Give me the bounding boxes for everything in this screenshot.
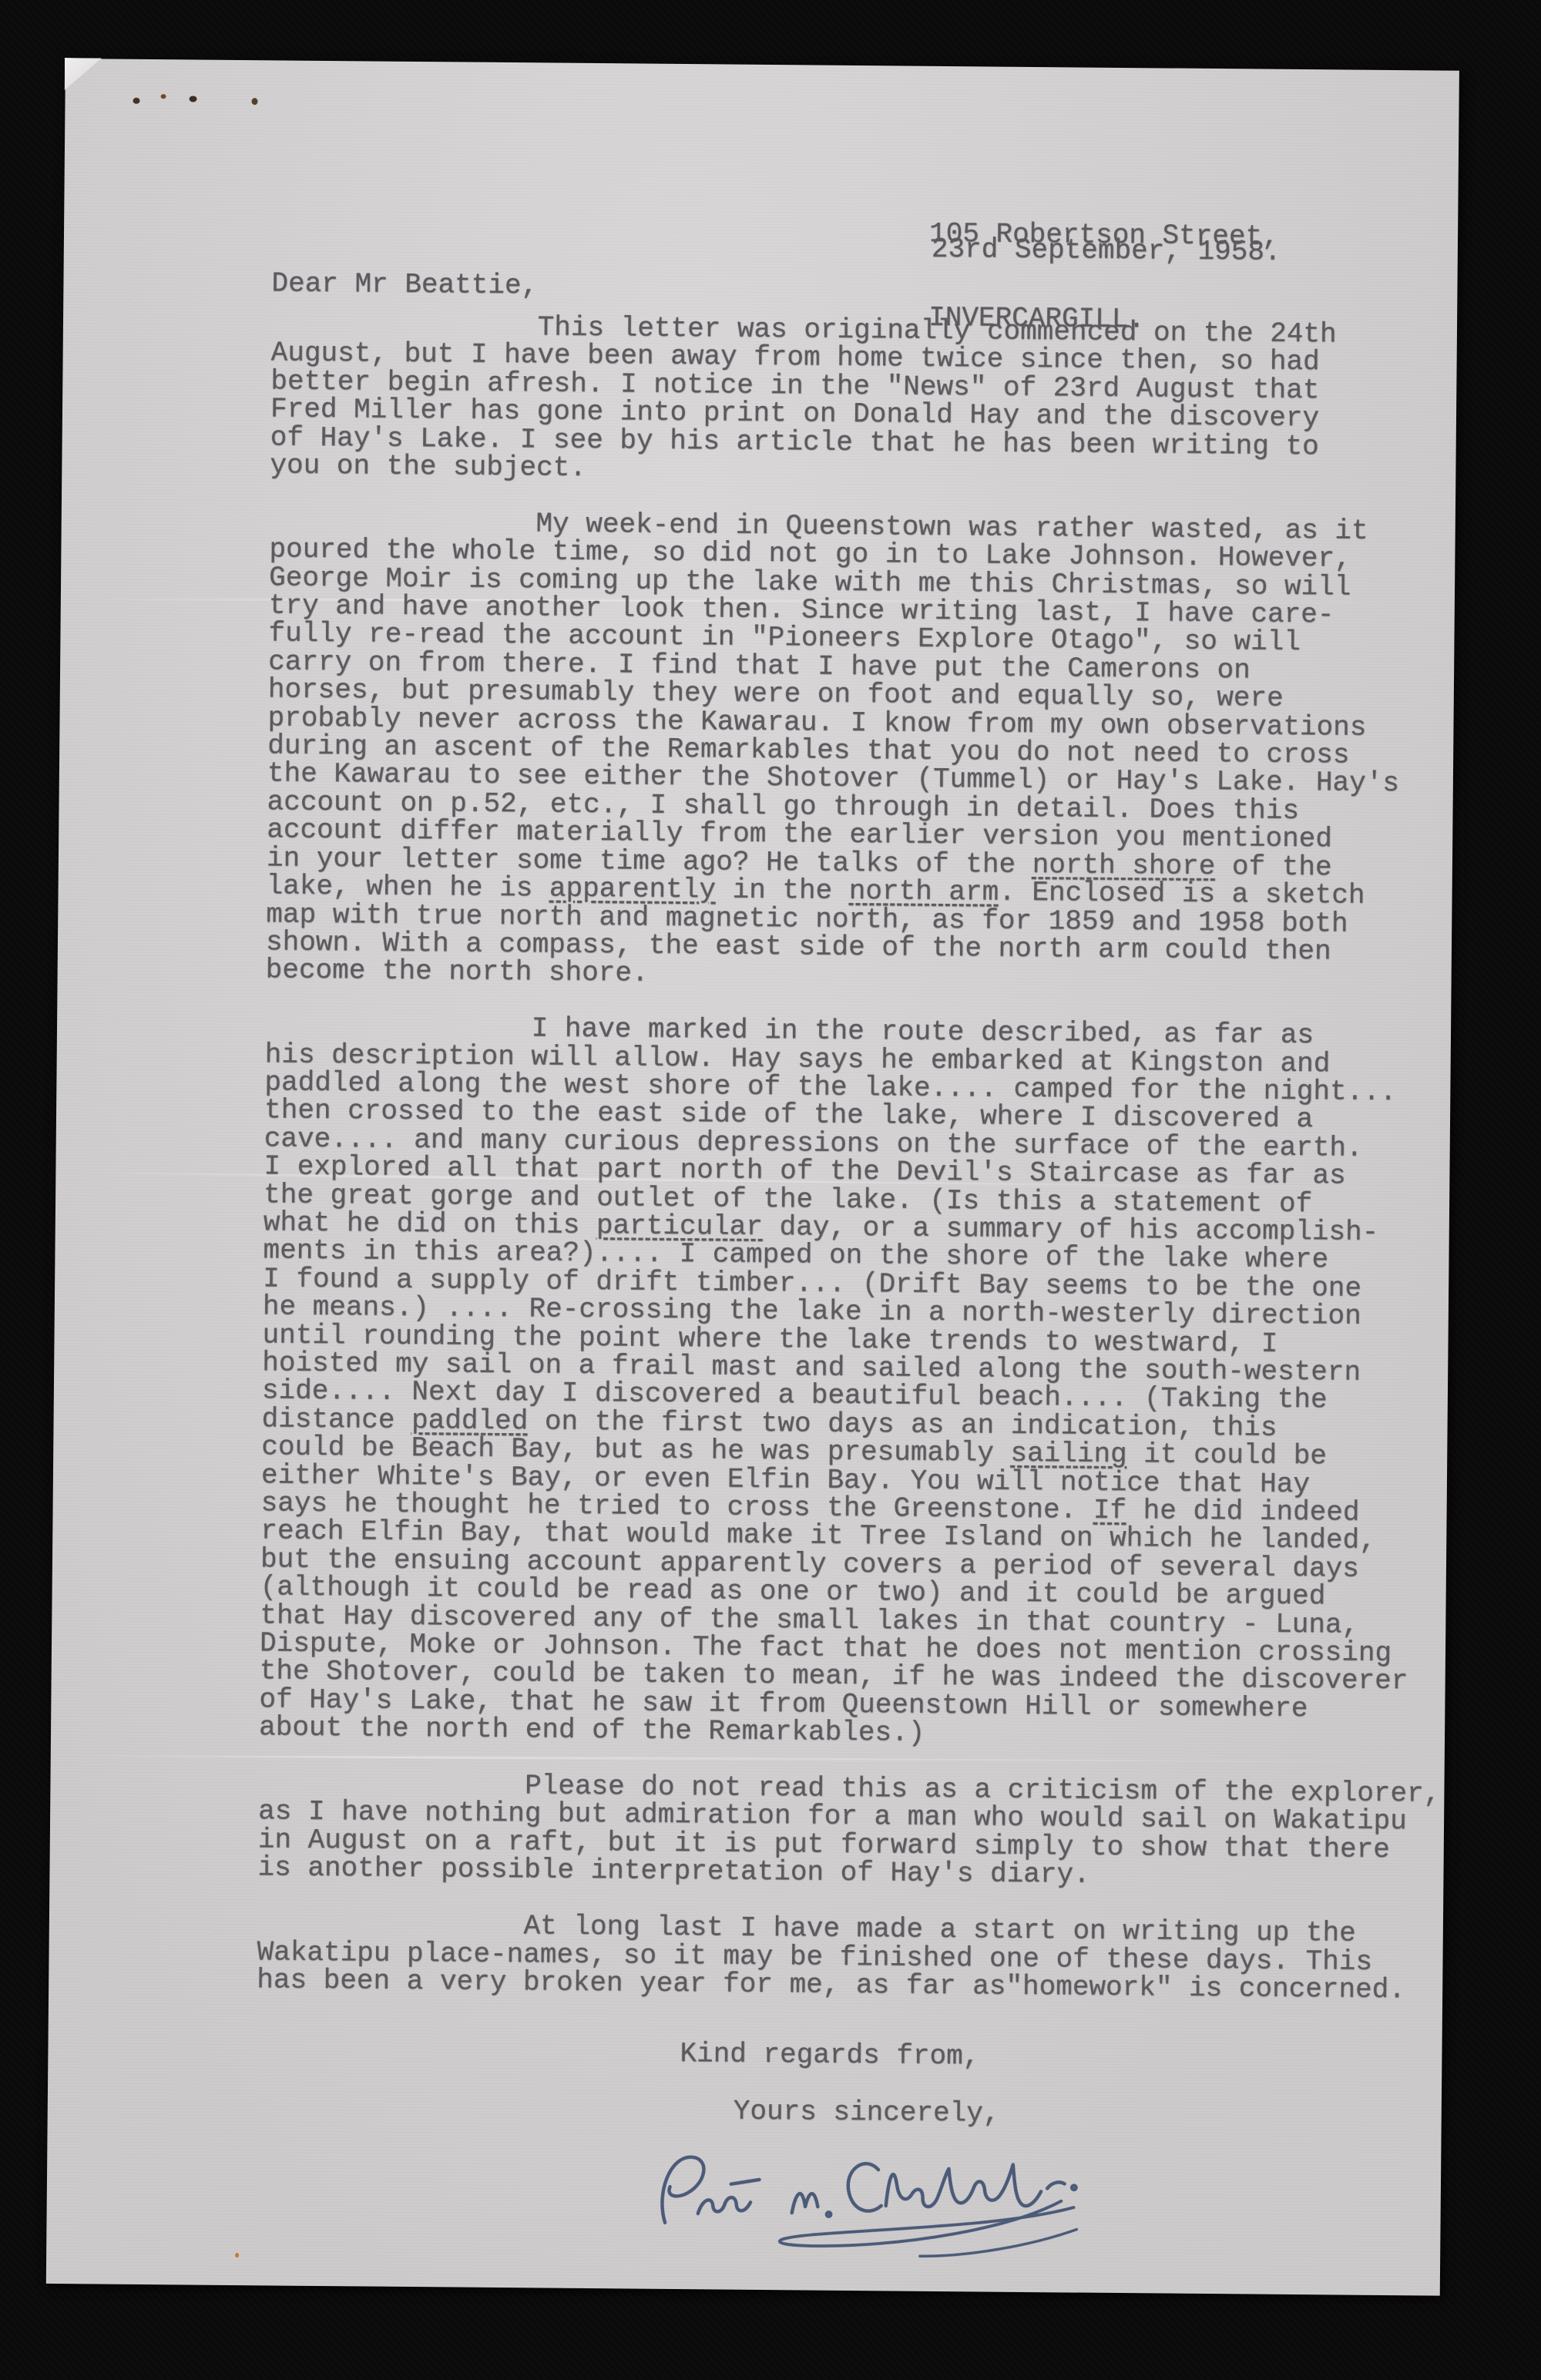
paragraph: My week-end in Queenstown was rather was… [266, 508, 1460, 995]
paper-speck [190, 96, 197, 102]
signature [638, 2135, 1133, 2277]
letter-page: 105 Robertson Street, INVERCARGILL. 23rd… [46, 59, 1459, 2296]
underlined-text: If [1093, 1495, 1127, 1526]
closing-sincerely: Yours sincerely, [734, 2098, 1000, 2128]
paragraph: Please do not read this as a criticism o… [257, 1770, 1449, 1892]
salutation: Dear Mr Beattie, [271, 270, 538, 300]
folded-corner [65, 58, 102, 90]
paper-speck [133, 98, 139, 104]
paragraph: I have marked in the route described, as… [259, 1012, 1455, 1752]
paper-speck [161, 94, 166, 99]
letter-body: This letter was originally commenced on … [257, 311, 1462, 2005]
paragraph: At long last I have made a start on writ… [257, 1910, 1448, 2005]
closing-regards: Kind regards from, [680, 2040, 979, 2071]
paper-speck [235, 2253, 239, 2257]
letter-date: 23rd September, 1958. [932, 236, 1281, 267]
underlined-text: sailing [1010, 1438, 1127, 1470]
scan-background: 105 Robertson Street, INVERCARGILL. 23rd… [0, 0, 1541, 2380]
paper-speck [251, 98, 257, 105]
paragraph: This letter was originally commenced on … [270, 311, 1462, 490]
